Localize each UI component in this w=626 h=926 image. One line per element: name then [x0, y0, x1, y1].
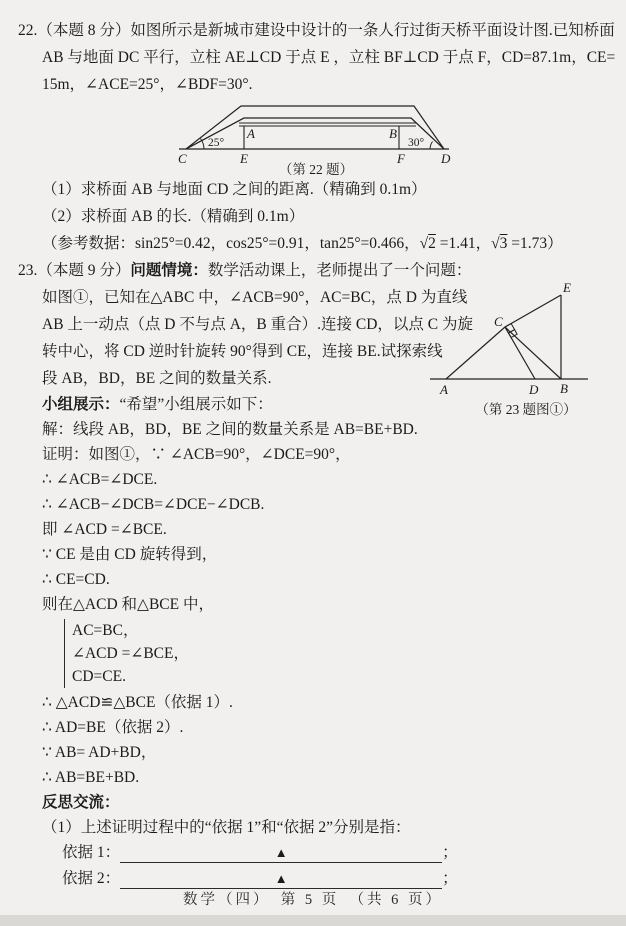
- page-content: 22.（本题 8 分）如图所示是新城市建设中设计的一条人行过街天桥平面设计图.已…: [0, 0, 626, 892]
- segment-CE: [505, 295, 561, 327]
- proof-line-2: 证明：如图①，∵ ∠ACB=90°，∠DCE=90°，: [18, 442, 614, 467]
- sqrt2-sign: √: [420, 235, 429, 252]
- bridge-figure: 25° 30° A B C E F D （第 22 题）: [18, 98, 614, 176]
- segment-CB: [505, 327, 561, 379]
- q22-sub2: （2）求桥面 AB 的长.（精确到 0.1m）: [18, 203, 614, 230]
- page-footer: 数学（四） 第 5 页 （共 6 页）: [0, 888, 626, 909]
- label-E: E: [562, 280, 571, 295]
- basis-1-end: ；: [442, 844, 458, 861]
- ref-prefix: （参考数据：sin25°=0.42，cos25°=0.91，tan25°=0.4…: [42, 235, 420, 252]
- group-show-label: 小组展示：: [42, 396, 120, 413]
- angle-arc-D: [430, 142, 433, 150]
- basis-1-answer-blank: ▲: [120, 844, 442, 863]
- basis-2-label: 依据 2：: [62, 870, 120, 887]
- triangle-figure-svg: A D B C E （第 23 题图①）: [426, 268, 626, 420]
- proof-line-4: ∴ ∠ACB−∠DCB=∠DCE−∠DCB.: [18, 492, 614, 517]
- system-line-1: AC=BC，: [72, 619, 614, 642]
- proof-line-1: 解：线段 AB，BD，BE 之间的数量关系是 AB=BE+BD.: [18, 417, 614, 442]
- q22-line-1: 22.（本题 8 分）如图所示是新城市建设中设计的一条人行过街天桥平面设计图.已…: [18, 17, 614, 44]
- basis-1-line: 依据 1：▲；: [18, 840, 614, 866]
- label-C: C: [178, 151, 187, 166]
- proof-line-3: ∴ ∠ACB=∠DCE.: [18, 467, 614, 492]
- label-D: D: [440, 151, 451, 166]
- angle-25-label: 25°: [208, 137, 225, 149]
- after-line-3: ∵ AB= AD+BD，: [18, 740, 614, 765]
- bridge-figure-svg: 25° 30° A B C E F D （第 22 题）: [146, 98, 486, 176]
- proof-line-8: 则在△ACD 和△BCE 中，: [18, 592, 614, 617]
- label-C: C: [494, 314, 503, 329]
- sqrt2-radicand: 2: [428, 235, 436, 252]
- label-E: E: [239, 151, 248, 166]
- basis-2-answer-blank: ▲: [120, 870, 442, 889]
- truss-band: [186, 106, 444, 149]
- q22-line-2: AB 与地面 DC 平行，立柱 AE⊥CD 于点 E ，立柱 BF⊥CD 于点 …: [18, 44, 614, 71]
- exam-page: 22.（本题 8 分）如图所示是新城市建设中设计的一条人行过街天桥平面设计图.已…: [0, 0, 626, 926]
- reflect-label: 反思交流：: [18, 790, 614, 815]
- proof-line-5: 即 ∠ACD =∠BCE.: [18, 517, 614, 542]
- group-show-rest: “希望”小组展示如下：: [120, 396, 273, 413]
- q23-solution: 小组展示：“希望”小组展示如下： 解：线段 AB，BD，BE 之间的数量关系是 …: [18, 392, 614, 892]
- angle-30-label: 30°: [408, 137, 425, 149]
- equation-system: AC=BC， ∠ACD =∠BCE， CD=CE.: [64, 619, 614, 688]
- after-line-2: ∴ AD=BE（依据 2）.: [18, 715, 614, 740]
- q23-situation-label: 问题情境：: [130, 262, 208, 279]
- q22-reference-data: （参考数据：sin25°=0.42，cos25°=0.91，tan25°=0.4…: [18, 230, 614, 257]
- system-line-3: CD=CE.: [72, 665, 614, 688]
- proof-line-7: ∴ CE=CD.: [18, 567, 614, 592]
- scan-edge-band: [0, 915, 626, 926]
- label-D: D: [528, 382, 539, 397]
- q22-sub1: （1）求桥面 AB 与地面 CD 之间的距离.（精确到 0.1m）: [18, 176, 614, 203]
- problem-22: 22.（本题 8 分）如图所示是新城市建设中设计的一条人行过街天桥平面设计图.已…: [18, 17, 614, 257]
- after-line-4: ∴ AB=BE+BD.: [18, 765, 614, 790]
- reflect-question: （1）上述证明过程中的“依据 1”和“依据 2”分别是指：: [18, 815, 614, 840]
- sqrt2-value: =1.41，: [436, 235, 491, 252]
- proof-line-6: ∵ CE 是由 CD 旋转得到，: [18, 542, 614, 567]
- label-B: B: [560, 381, 568, 396]
- basis-2-end: ；: [442, 870, 458, 887]
- label-A: A: [246, 126, 255, 141]
- q22-line-3: 15m，∠ACE=25°，∠BDF=30°.: [18, 71, 614, 98]
- figure-23-caption: （第 23 题图①）: [475, 402, 576, 417]
- q23-number: 23.（本题 9 分）: [18, 262, 130, 279]
- figure-22-caption: （第 22 题）: [279, 162, 353, 176]
- after-line-1: ∴ △ACD≌△BCE（依据 1）.: [18, 690, 614, 715]
- label-B: B: [389, 126, 397, 141]
- label-F: F: [396, 151, 406, 166]
- sqrt3-sign: √: [491, 235, 500, 252]
- system-line-2: ∠ACD =∠BCE，: [72, 642, 614, 665]
- label-A: A: [439, 382, 448, 397]
- sqrt3-value: =1.73）: [507, 235, 562, 252]
- segment-AC: [446, 327, 505, 379]
- basis-1-label: 依据 1：: [62, 844, 120, 861]
- triangle-figure: A D B C E （第 23 题图①）: [426, 268, 626, 420]
